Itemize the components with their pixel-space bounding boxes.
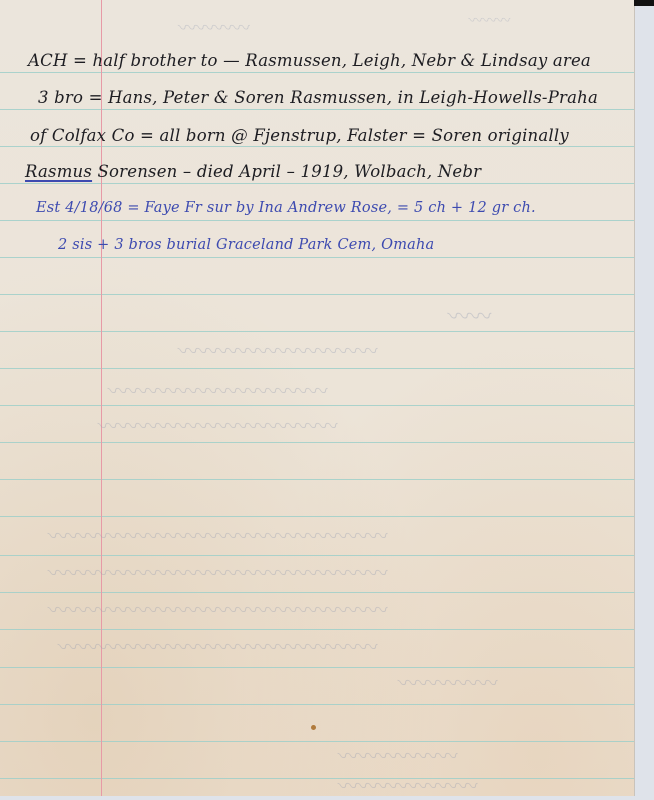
rule-line [0,555,634,556]
rule-line [0,592,634,593]
scanned-page: 〰〰〰〰 〰〰〰 〰〰 〰〰〰〰〰〰〰〰〰〰 〰〰〰〰〰〰〰〰〰〰〰 〰〰〰〰〰… [0,0,654,800]
bleed-through-ink: 〰〰〰〰 [180,14,252,40]
rule-line [0,368,634,369]
rule-line [0,516,634,517]
bleed-through-ink: 〰〰〰〰〰 [400,667,500,696]
bleed-through-ink: 〰〰〰〰〰〰〰〰〰〰 [180,335,380,364]
line-4-rest: Sorensen – died April – 1919, Wolbach, N… [92,162,481,181]
bleed-through-ink: 〰〰 [450,300,494,331]
rule-line [0,704,634,705]
rule-line [0,220,634,221]
ink-spot [311,725,316,730]
rule-line [0,72,634,73]
rule-line [0,331,634,332]
bleed-through-ink: 〰〰〰〰〰〰〰 [340,770,480,796]
bleed-through-ink: 〰〰〰 [470,10,512,30]
rule-line [0,183,634,184]
rule-line [0,778,634,779]
bleed-through-ink: 〰〰〰〰〰〰〰〰〰〰〰〰〰〰〰〰 [60,631,380,660]
notebook-paper: 〰〰〰〰 〰〰〰 〰〰 〰〰〰〰〰〰〰〰〰〰 〰〰〰〰〰〰〰〰〰〰〰 〰〰〰〰〰… [0,0,634,796]
bleed-through-ink: 〰〰〰〰〰〰〰〰〰〰〰〰 [100,410,340,439]
rule-line [0,667,634,668]
rule-line [0,405,634,406]
handwritten-line-6: 2 sis + 3 bros burial Graceland Park Cem… [58,237,434,253]
underlined-word: Rasmus [25,162,92,181]
rule-line [0,442,634,443]
rule-line [0,146,634,147]
scanner-edge [634,0,654,6]
rule-line [0,294,634,295]
bleed-through-ink: 〰〰〰〰〰〰〰〰〰〰〰 [110,375,330,404]
handwritten-line-1: ACH = half brother to — Rasmussen, Leigh… [28,51,591,70]
handwritten-line-5: Est 4/18/68 = Faye Fr sur by Ina Andrew … [36,200,536,216]
handwritten-line-4: Rasmus Sorensen – died April – 1919, Wol… [25,162,481,181]
handwritten-line-3: of Colfax Co = all born @ Fjenstrup, Fal… [30,126,569,145]
handwritten-line-2: 3 bro = Hans, Peter & Soren Rasmussen, i… [38,88,598,107]
rule-line [0,741,634,742]
rule-line [0,109,634,110]
rule-line [0,479,634,480]
bleed-through-ink: 〰〰〰〰〰〰 [340,740,460,769]
rule-line [0,629,634,630]
rule-line [0,257,634,258]
margin-line [101,0,102,796]
